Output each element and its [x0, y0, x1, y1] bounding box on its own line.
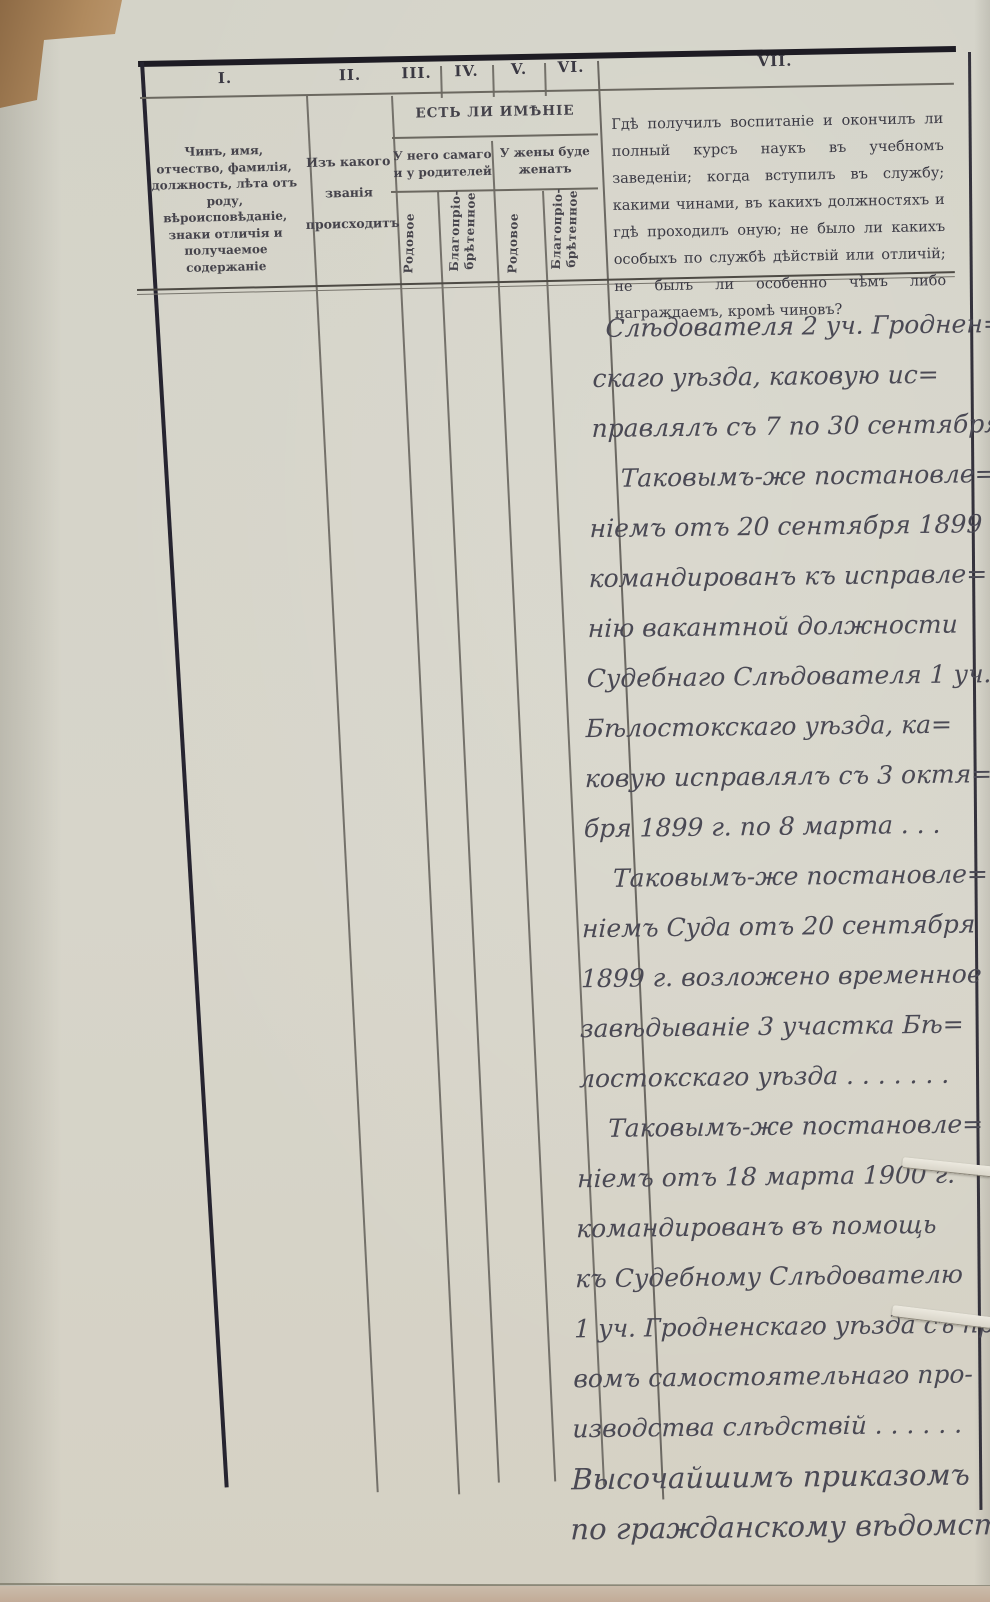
- handwriting-line: нію вакантной должности: [587, 599, 968, 654]
- column2-header-line3: происходитъ: [305, 207, 394, 240]
- divider-col3-col4-body: [437, 191, 500, 1483]
- handwriting-line: командированъ къ исправле=: [588, 549, 969, 604]
- rotated-label-blago-own-1: Благопріо-: [447, 190, 463, 272]
- handwriting-line: завѣдываніе 3 участка Бѣ=: [580, 1000, 961, 1055]
- handwritten-entry: Слѣдователя 2 уч. Гроднен=скаго уѣзда, к…: [570, 299, 974, 1554]
- estate-group-title: ЕСТЬ ЛИ ИМѢНІЕ: [392, 102, 598, 122]
- handwriting-line: скаго уѣзда, каковую ис=: [592, 349, 973, 404]
- handwriting-line: ковую исправлялъ съ 3 октя=: [584, 749, 965, 804]
- handwriting-line: Слѣдователя 2 уч. Гроднен=: [593, 299, 974, 354]
- page-shadow-left: [0, 0, 72, 1602]
- rotated-label-blago-wife-2: брѣтенное: [564, 190, 580, 268]
- column2-header-line2: званія: [305, 176, 394, 209]
- handwriting-line: 1899 г. возложено временное: [581, 950, 962, 1005]
- handwriting-line: Таковымъ-же постановле=: [590, 449, 971, 504]
- column2-header-line1: Изъ какого: [304, 145, 393, 178]
- handwriting-line: ніемъ Суда отъ 20 сентября: [582, 900, 963, 955]
- rotated-label-blago-wife-1: Благопріо-: [549, 188, 565, 270]
- scan-bottom-strip: [0, 1586, 990, 1602]
- estate-own-header: У него самаго и у родителей: [393, 146, 493, 182]
- handwriting-line: бря 1899 г. по 8 марта . . .: [583, 800, 964, 855]
- rotated-label-blago-own-2: брѣтенное: [462, 192, 478, 270]
- handwriting-line: по гражданскому вѣдомству: [570, 1500, 951, 1555]
- column-numeral-5: V.: [493, 60, 545, 79]
- scanned-service-record-page: I. II. III. IV. V. VI. VII. Чинъ, имя, о…: [0, 0, 990, 1602]
- handwriting-line: Таковымъ-же постановле=: [578, 1100, 959, 1155]
- handwriting-line: ніемъ отъ 20 сентября 1899 г.: [589, 499, 970, 554]
- column-numeral-6: VI.: [545, 58, 597, 77]
- handwriting-line: изводства слѣдствій . . . . . .: [572, 1400, 953, 1455]
- estate-wife-header: У жены буде женатъ: [494, 143, 597, 179]
- column-numeral-4: IV.: [441, 62, 492, 81]
- handwriting-line: командированъ въ помощь: [576, 1200, 957, 1255]
- handwriting-line: правлялъ съ 7 по 30 сентября: [591, 399, 972, 454]
- rule-under-estate-title: [392, 133, 598, 138]
- rotated-label-rodovoe-own: Родовое: [401, 213, 417, 274]
- column2-header: Изъ какого званія происходитъ: [304, 145, 394, 240]
- rotated-label-rodovoe-wife: Родовое: [505, 213, 521, 274]
- column-numeral-1: I.: [150, 68, 300, 89]
- handwriting-line: лостокскаго уѣзда . . . . . . .: [579, 1050, 960, 1105]
- column1-header: Чинъ, имя, отчество, фамилія, должность,…: [150, 141, 301, 276]
- column7-header: Гдѣ получилъ воспитаніе и окончилъ ли по…: [611, 106, 947, 328]
- divider-col2-col3: [391, 96, 460, 1494]
- handwriting-line: ніемъ отъ 18 марта 1900 г.: [577, 1150, 958, 1205]
- column-numeral-7: VII.: [700, 51, 850, 72]
- handwriting-line: вомъ самостоятельнаго про-: [573, 1350, 954, 1405]
- column-numeral-2: II.: [300, 65, 400, 85]
- handwriting-line: къ Судебному Слѣдователю: [575, 1250, 956, 1305]
- column-numeral-3: III.: [393, 64, 440, 83]
- handwriting-line: Бѣлостокскаго уѣзда, ка=: [585, 699, 966, 754]
- handwriting-line: Судебнаго Слѣдователя 1 уч.: [586, 649, 967, 704]
- handwriting-line: Таковымъ-же постановле=: [582, 850, 963, 905]
- handwriting-line: Высочайшимъ приказомъ: [571, 1450, 952, 1505]
- divider-col4-col5-body: [491, 141, 556, 1482]
- divider-col1-col2: [306, 96, 378, 1492]
